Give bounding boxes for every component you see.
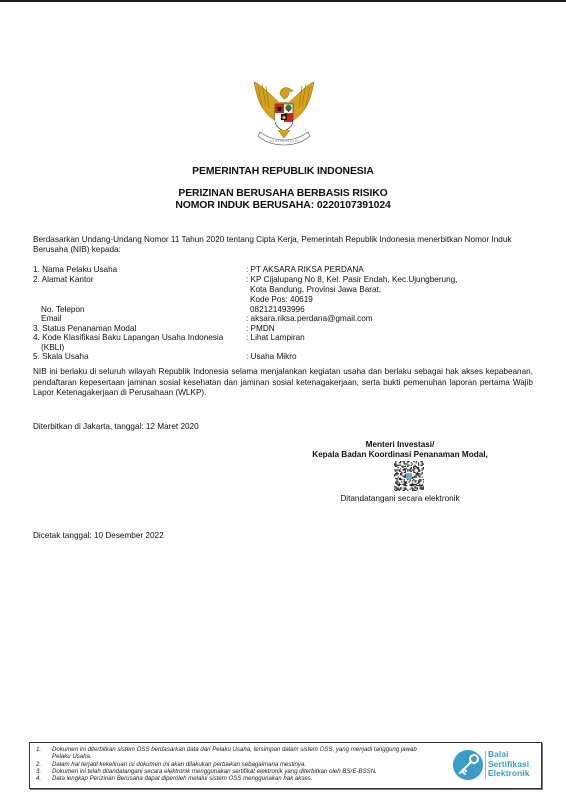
bsre-key-icon	[452, 749, 484, 781]
nib-number: NOMOR INDUK BERUSAHA: 0220107391024	[0, 200, 566, 211]
field-label-nama: 1. Nama Pelaku Usaha	[33, 265, 117, 275]
government-heading: PEMERINTAH REPUBLIK INDONESIA	[0, 166, 566, 177]
document-title: PERIZINAN BERUSAHA BERBASIS RISIKO	[0, 188, 566, 199]
page-top-border	[0, 0, 566, 2]
field-value-email: : aksara.riksa.perdana@gmail.com	[246, 314, 373, 324]
footer-notes-box: 1. Dokumen ini diterbitkan sistem OSS be…	[29, 742, 542, 789]
validity-paragraph: NIB ini berlaku di seluruh wilayah Repub…	[33, 367, 533, 399]
field-value-alamat-1: : KP Cijalupang No 8, Kel. Pasir Endah, …	[246, 275, 458, 285]
signatory-title-1: Menteri Investasi/	[300, 440, 500, 450]
printed-date: Dicetak tanggal: 10 Desember 2022	[33, 531, 164, 541]
field-value-alamat-2: Kota Bandung, Provinsi Jawa Barat,	[250, 285, 381, 295]
qr-code-icon	[394, 461, 424, 491]
signatory-title-2: Kepala Badan Koordinasi Penanaman Modal,	[300, 450, 500, 460]
intro-text: Berdasarkan Undang-Undang Nomor 11 Tahun…	[33, 235, 533, 255]
field-value-kbli: : Lihat Lampiran	[246, 333, 305, 343]
bsre-logo: Balai Sertifikasi Elektronik	[452, 746, 538, 784]
field-label-email: Email	[41, 314, 61, 324]
bsre-divider	[485, 751, 486, 779]
signed-electronically-note: Ditandatangani secara elektronik	[300, 494, 500, 504]
field-label-alamat: 2. Alamat Kantor	[33, 275, 94, 285]
field-label-kbli-1: 4. Kode Klasifikasi Baku Lapangan Usaha …	[33, 333, 223, 343]
field-value-skala: : Usaha Mikro	[246, 352, 297, 362]
issued-date: Diterbitkan di Jakarta, tanggal: 12 Mare…	[33, 422, 199, 432]
bsre-wordmark: Balai Sertifikasi Elektronik	[488, 750, 530, 779]
field-value-nama: : PT AKSARA RIKSA PERDANA	[246, 265, 364, 275]
garuda-emblem-icon	[246, 76, 322, 152]
field-value-alamat-3: Kode Pos: 40619	[250, 295, 313, 305]
field-label-skala: 5. Skala Usaha	[33, 352, 89, 362]
